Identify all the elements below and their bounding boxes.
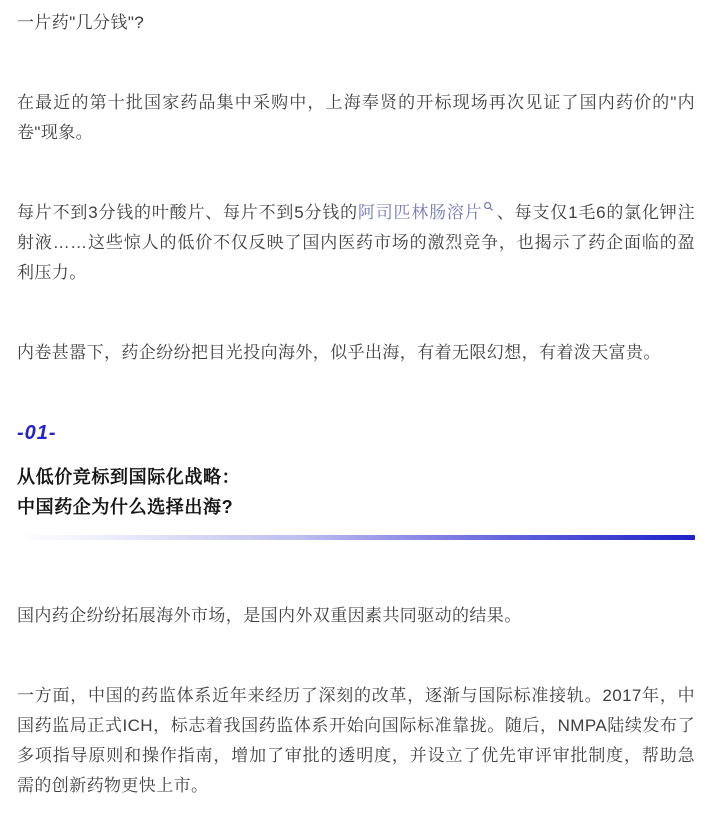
paragraph-intro: 一片药"几分钱"? [17,8,695,38]
paragraph-overseas: 内卷甚嚣下，药企纷纷把目光投向海外，似乎出海，有着无限幻想，有着泼天富贵。 [17,338,695,368]
search-icon[interactable] [483,201,494,212]
paragraph-drivers: 国内药企纷纷拓展海外市场，是国内外双重因素共同驱动的结果。 [17,601,695,631]
section-heading: 从低价竞标到国际化战略： 中国药企为什么选择出海? [17,462,695,522]
aspirin-entity-link[interactable]: 阿司匹林肠溶片 [358,203,483,222]
section-number: -01- [17,418,695,448]
paragraph-low-prices: 每片不到3分钱的叶酸片、每片不到5分钱的阿司匹林肠溶片、每支仅1毛6的氯化钾注射… [17,198,695,288]
paragraph-low-prices-pre: 每片不到3分钱的叶酸片、每片不到5分钱的 [17,203,358,222]
section-heading-line2: 中国药企为什么选择出海? [17,492,695,522]
paragraph-regulatory: 一方面，中国的药监体系近年来经历了深刻的改革，逐渐与国际标准接轨。2017年，中… [17,681,695,801]
article-page: 一片药"几分钱"? 在最近的第十批国家药品集中采购中，上海奉贤的开标现场再次见证… [0,0,712,801]
section-01: -01- 从低价竞标到国际化战略： 中国药企为什么选择出海? [17,418,695,540]
paragraph-procurement: 在最近的第十批国家药品集中采购中，上海奉贤的开标现场再次见证了国内药价的"内卷"… [17,88,695,148]
section-heading-line1: 从低价竞标到国际化战略： [17,462,695,492]
gradient-divider [17,535,695,540]
